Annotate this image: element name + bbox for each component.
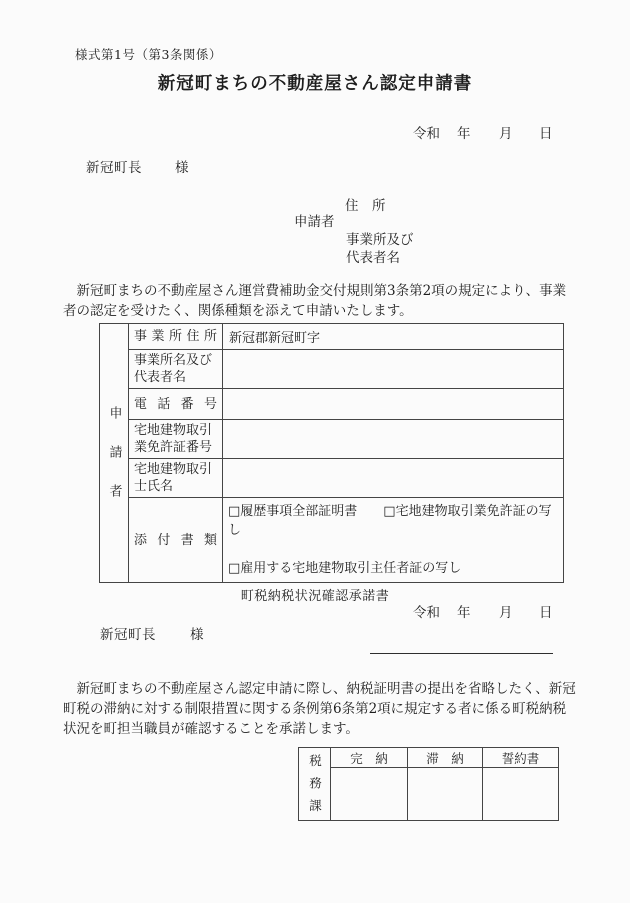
year-label: 年 (457, 122, 471, 142)
label-phone-number: 電話番号 (129, 389, 223, 420)
cell-delinquent (408, 768, 483, 821)
applicant-address-label: 住 所 (345, 194, 386, 214)
addressee-mayor: 新冠町長 (86, 156, 142, 176)
era-label: 令和 (413, 122, 440, 142)
day-label: 日 (539, 601, 553, 621)
value-office-name-rep (223, 350, 564, 389)
year-label: 年 (457, 601, 471, 621)
era-label: 令和 (413, 601, 440, 621)
label-license-number: 宅地建物取引 業免許証番号 (129, 420, 223, 459)
addressee-mayor: 新冠町長 (100, 623, 156, 643)
tax-status-table: 税務課 完 納 滞 納 誓約書 (298, 747, 559, 821)
applicant-rep-label: 代表者名 (346, 246, 400, 266)
applicant-office-label: 事業所及び (346, 228, 414, 248)
addressee-honorific: 様 (175, 156, 189, 176)
value-agent-name (223, 459, 564, 498)
signature-line (370, 640, 553, 654)
label-office-address: 事業所住所 (129, 324, 223, 350)
consent-paragraph: 新冠町まちの不動産屋さん認定申請に際し、納税証明書の提出を省略したく、新冠町税の… (63, 679, 583, 739)
addressee-honorific: 様 (190, 623, 204, 643)
value-license-number (223, 420, 564, 459)
tax-division-header: 税務課 (299, 748, 331, 821)
date-line-consent: 令和 年 月 日 (0, 601, 630, 619)
month-label: 月 (499, 122, 513, 142)
application-intro-paragraph: 新冠町まちの不動産屋さん運営費補助金交付規則第3条第2項の規定により、事業者の認… (63, 281, 583, 321)
value-office-address: 新冠郡新冠町字 (223, 324, 564, 350)
label-office-name-rep: 事業所名及び 代表者名 (129, 350, 223, 389)
cell-written-oath (483, 768, 559, 821)
applicant-label: 申請者 (294, 210, 335, 230)
document-title: 新冠町まちの不動産屋さん認定申請書 (0, 70, 630, 95)
column-delinquent: 滞 納 (408, 748, 483, 768)
table-row-header-applicant: 申請者 (100, 324, 129, 583)
form-code: 様式第1号（第3条関係） (75, 45, 222, 63)
cell-paid-in-full (331, 768, 408, 821)
value-phone-number (223, 389, 564, 420)
column-paid-in-full: 完 納 (331, 748, 408, 768)
month-label: 月 (499, 601, 513, 621)
date-line-application: 令和 年 月 日 (0, 122, 630, 140)
attachments-checkbox-list: □履歴事項全部証明書 □宅地建物取引業免許証の写し□雇用する宅地建物取引主任者証… (223, 498, 564, 583)
label-attachments: 添付書類 (129, 498, 223, 583)
label-agent-name: 宅地建物取引 士氏名 (129, 459, 223, 498)
application-table: 申請者 事業所住所 新冠郡新冠町字 事業所名及び 代表者名 電話番号 宅地建物取… (99, 323, 564, 583)
column-written-oath: 誓約書 (483, 748, 559, 768)
application-form-page: 様式第1号（第3条関係） 新冠町まちの不動産屋さん認定申請書 令和 年 月 日 … (0, 0, 630, 903)
day-label: 日 (539, 122, 553, 142)
